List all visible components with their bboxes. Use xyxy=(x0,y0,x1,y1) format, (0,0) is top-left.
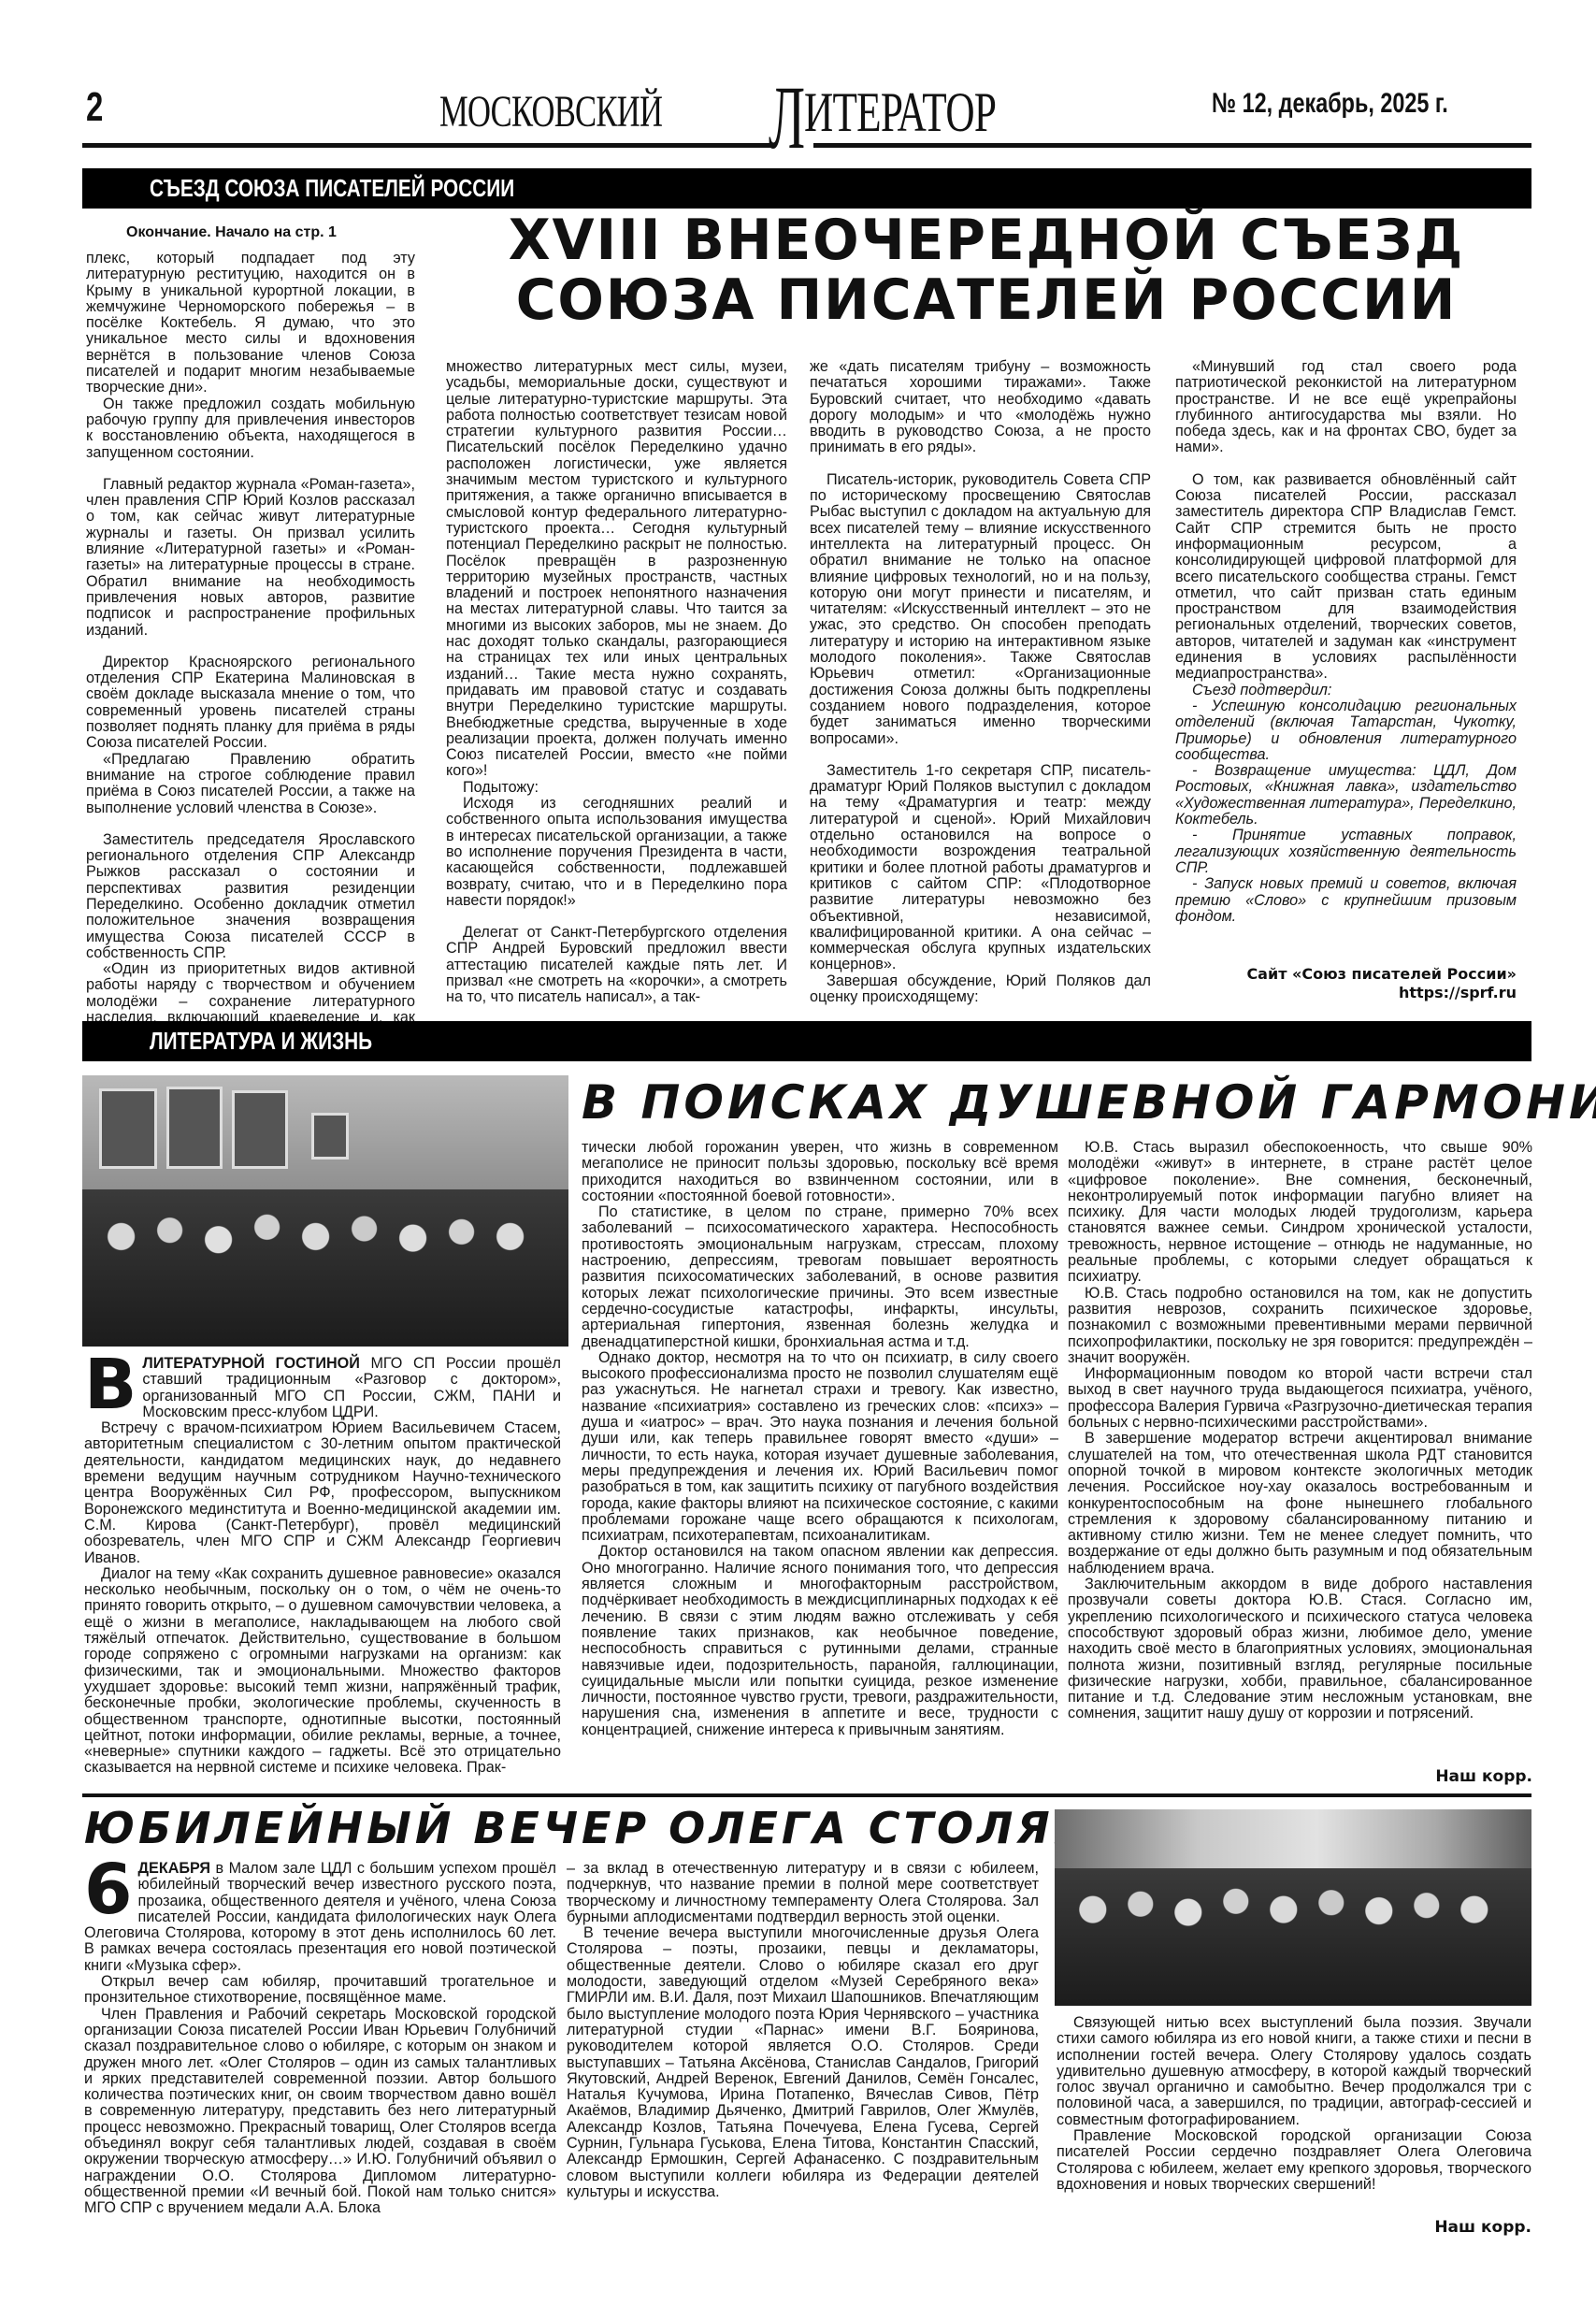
paragraph: Ю.В. Стась выразил обеспокоенность, что … xyxy=(1068,1140,1532,1286)
headline-soul-harmony: В ПОИСКАХ ДУШЕВНОЙ ГАРМОНИИ xyxy=(582,1075,1535,1130)
paragraph: Завершая обсуждение, Юрий Поляков дал оц… xyxy=(810,973,1151,1006)
paragraph: Информационным поводом ко второй части в… xyxy=(1068,1366,1532,1431)
paragraph: Писатель-историк, руководитель Совета СП… xyxy=(810,472,1151,747)
paragraph: Диалог на тему «Как сохранить душевное р… xyxy=(84,1566,561,1777)
paragraph: множество литературных мест силы, музеи,… xyxy=(446,359,787,780)
paragraph: Директор Красноярского регионального отд… xyxy=(86,655,415,752)
paragraph: В завершение модератор встречи акцентиро… xyxy=(1068,1431,1532,1577)
paragraph: Правление Московской городской организац… xyxy=(1057,2128,1531,2193)
masthead-title-left: МОСКОВСКИЙ xyxy=(439,86,662,137)
lead-paragraph: 6ДЕКАБРЯ в Малом зале ЦДЛ с большим успе… xyxy=(84,1861,556,1974)
paragraph: же «дать писателям трибуну – возможность… xyxy=(810,359,1151,456)
headline-line-2: СОЮЗА ПИСАТЕЛЕЙ РОССИИ xyxy=(456,270,1517,330)
paragraph: – за вклад в отечественную литературу и … xyxy=(567,1861,1039,1925)
article-jubilee-col3: Связующей нитью всех выступлений была по… xyxy=(1057,2015,1531,2193)
headline-jubilee: ЮБИЛЕЙНЫЙ ВЕЧЕР ОЛЕГА СТОЛЯРОВА xyxy=(84,1803,1047,1853)
resolutions-intro: Съезд подтвердил: xyxy=(1175,683,1517,699)
paragraph: Доктор остановился на таком опасном явле… xyxy=(582,1544,1058,1738)
paragraph: Связующей нитью всех выступлений была по… xyxy=(1057,2015,1531,2128)
article-congress-col1: плекс, который подпадает под эту литерат… xyxy=(86,251,415,1043)
rubric-label: ЛИТЕРАТУРА И ЖИЗНЬ xyxy=(150,1027,372,1056)
dropcap: 6 xyxy=(84,1863,133,1917)
paragraph: Заместитель 1-го секретаря СПР, писатель… xyxy=(810,763,1151,973)
paragraph: Ю.В. Стась подробно остановился на том, … xyxy=(1068,1286,1532,1366)
continuation-note: Окончание. Начало на стр. 1 xyxy=(126,224,337,241)
masthead-title-right: ИТЕРАТОР xyxy=(804,80,996,145)
paragraph: Подытожу: xyxy=(446,780,787,796)
article-harmony-col2: тически любой горожанин уверен, что жизн… xyxy=(582,1140,1058,1738)
article-congress-col3: же «дать писателям трибуну – возможность… xyxy=(810,359,1151,1005)
article-jubilee-col1: 6ДЕКАБРЯ в Малом зале ЦДЛ с большим успе… xyxy=(84,1861,556,2217)
section-divider xyxy=(82,1793,1531,1797)
photo-literary-lounge xyxy=(82,1075,568,1347)
lead-bold: ДЕКАБРЯ xyxy=(138,1860,211,1877)
lead-paragraph: ВЛИТЕРАТУРНОЙ ГОСТИНОЙ МГО СП России про… xyxy=(84,1356,561,1420)
resolution-item: - Принятие уставных поправок, легализующ… xyxy=(1175,828,1517,876)
paragraph: Делегат от Санкт-Петербургского отделени… xyxy=(446,925,787,1005)
rubric-bar-literature-life: ЛИТЕРАТУРА И ЖИЗНЬ xyxy=(82,1021,1531,1061)
paragraph: Заместитель председателя Ярославского ре… xyxy=(86,832,415,961)
lead-text: в Малом зале ЦДЛ с большим успехом прошё… xyxy=(84,1860,556,1974)
paragraph: «Минувший год стал своего рода патриотич… xyxy=(1175,359,1517,456)
source-url[interactable]: https://sprf.ru xyxy=(1175,984,1517,1002)
paragraph: О том, как развивается обновлённый сайт … xyxy=(1175,472,1517,683)
headline-congress: XVIII ВНЕОЧЕРЕДНОЙ СЪЕЗД СОЮЗА ПИСАТЕЛЕЙ… xyxy=(456,210,1517,330)
paragraph: Встречу с врачом-психиатром Юрием Василь… xyxy=(84,1420,561,1566)
article-jubilee-col2: – за вклад в отечественную литературу и … xyxy=(567,1861,1039,2200)
issue-info: № 12, декабрь, 2025 г. xyxy=(1212,88,1448,120)
resolution-item: - Возвращение имущества: ЦДЛ, Дом Ростов… xyxy=(1175,763,1517,828)
page-number: 2 xyxy=(86,84,103,131)
paragraph: В течение вечера выступили многочисленны… xyxy=(567,1925,1039,2200)
photo-jubilee-evening xyxy=(1055,1809,1531,2006)
resolution-item: - Успешную консолидацию региональных отд… xyxy=(1175,699,1517,763)
paragraph: Главный редактор журнала «Роман-газета»,… xyxy=(86,477,415,639)
paragraph: Однако доктор, несмотря на то что он пси… xyxy=(582,1350,1058,1545)
masthead-big-letter: Л xyxy=(769,73,805,163)
article-harmony-col3: Ю.В. Стась выразил обеспокоенность, что … xyxy=(1068,1140,1532,1722)
paragraph: Заключительным аккордом в виде доброго н… xyxy=(1068,1577,1532,1722)
rubric-bar-congress: СЪЕЗД СОЮЗА ПИСАТЕЛЕЙ РОССИИ xyxy=(82,168,1531,209)
paragraph: Член Правления и Рабочий секретарь Моско… xyxy=(84,2007,556,2217)
byline-jubilee: Наш корр. xyxy=(1057,2218,1531,2237)
paragraph: плекс, который подпадает под эту литерат… xyxy=(86,251,415,396)
source-credit: Сайт «Союз писателей России» https://spr… xyxy=(1175,965,1517,1002)
paragraph: Открыл вечер сам юбиляр, прочитавший тро… xyxy=(84,1974,556,2007)
paragraph: Он также предложил создать мобильную раб… xyxy=(86,396,415,461)
masthead-rule-left xyxy=(82,143,774,148)
paragraph: «Предлагаю Правлению обратить внимание н… xyxy=(86,752,415,816)
rubric-label: СЪЕЗД СОЮЗА ПИСАТЕЛЕЙ РОССИИ xyxy=(150,174,514,203)
byline-harmony: Наш корр. xyxy=(1068,1767,1532,1786)
headline-line-1: XVIII ВНЕОЧЕРЕДНОЙ СЪЕЗД xyxy=(456,210,1517,270)
article-harmony-col1: ВЛИТЕРАТУРНОЙ ГОСТИНОЙ МГО СП России про… xyxy=(84,1356,561,1777)
article-congress-col4: «Минувший год стал своего рода патриотич… xyxy=(1175,359,1517,925)
lead-bold: ЛИТЕРАТУРНОЙ ГОСТИНОЙ xyxy=(142,1355,359,1372)
paragraph: тически любой горожанин уверен, что жизн… xyxy=(582,1140,1058,1204)
paragraph: Исходя из сегодняшних реалий и собственн… xyxy=(446,796,787,909)
masthead-rule-right xyxy=(813,143,1531,148)
source-name: Сайт «Союз писателей России» xyxy=(1175,965,1517,984)
paragraph: По статистике, в целом по стране, пример… xyxy=(582,1204,1058,1350)
resolution-item: - Запуск новых премий и советов, включая… xyxy=(1175,876,1517,925)
article-congress-col2: множество литературных мест силы, музеи,… xyxy=(446,359,787,1006)
dropcap: В xyxy=(84,1358,137,1412)
